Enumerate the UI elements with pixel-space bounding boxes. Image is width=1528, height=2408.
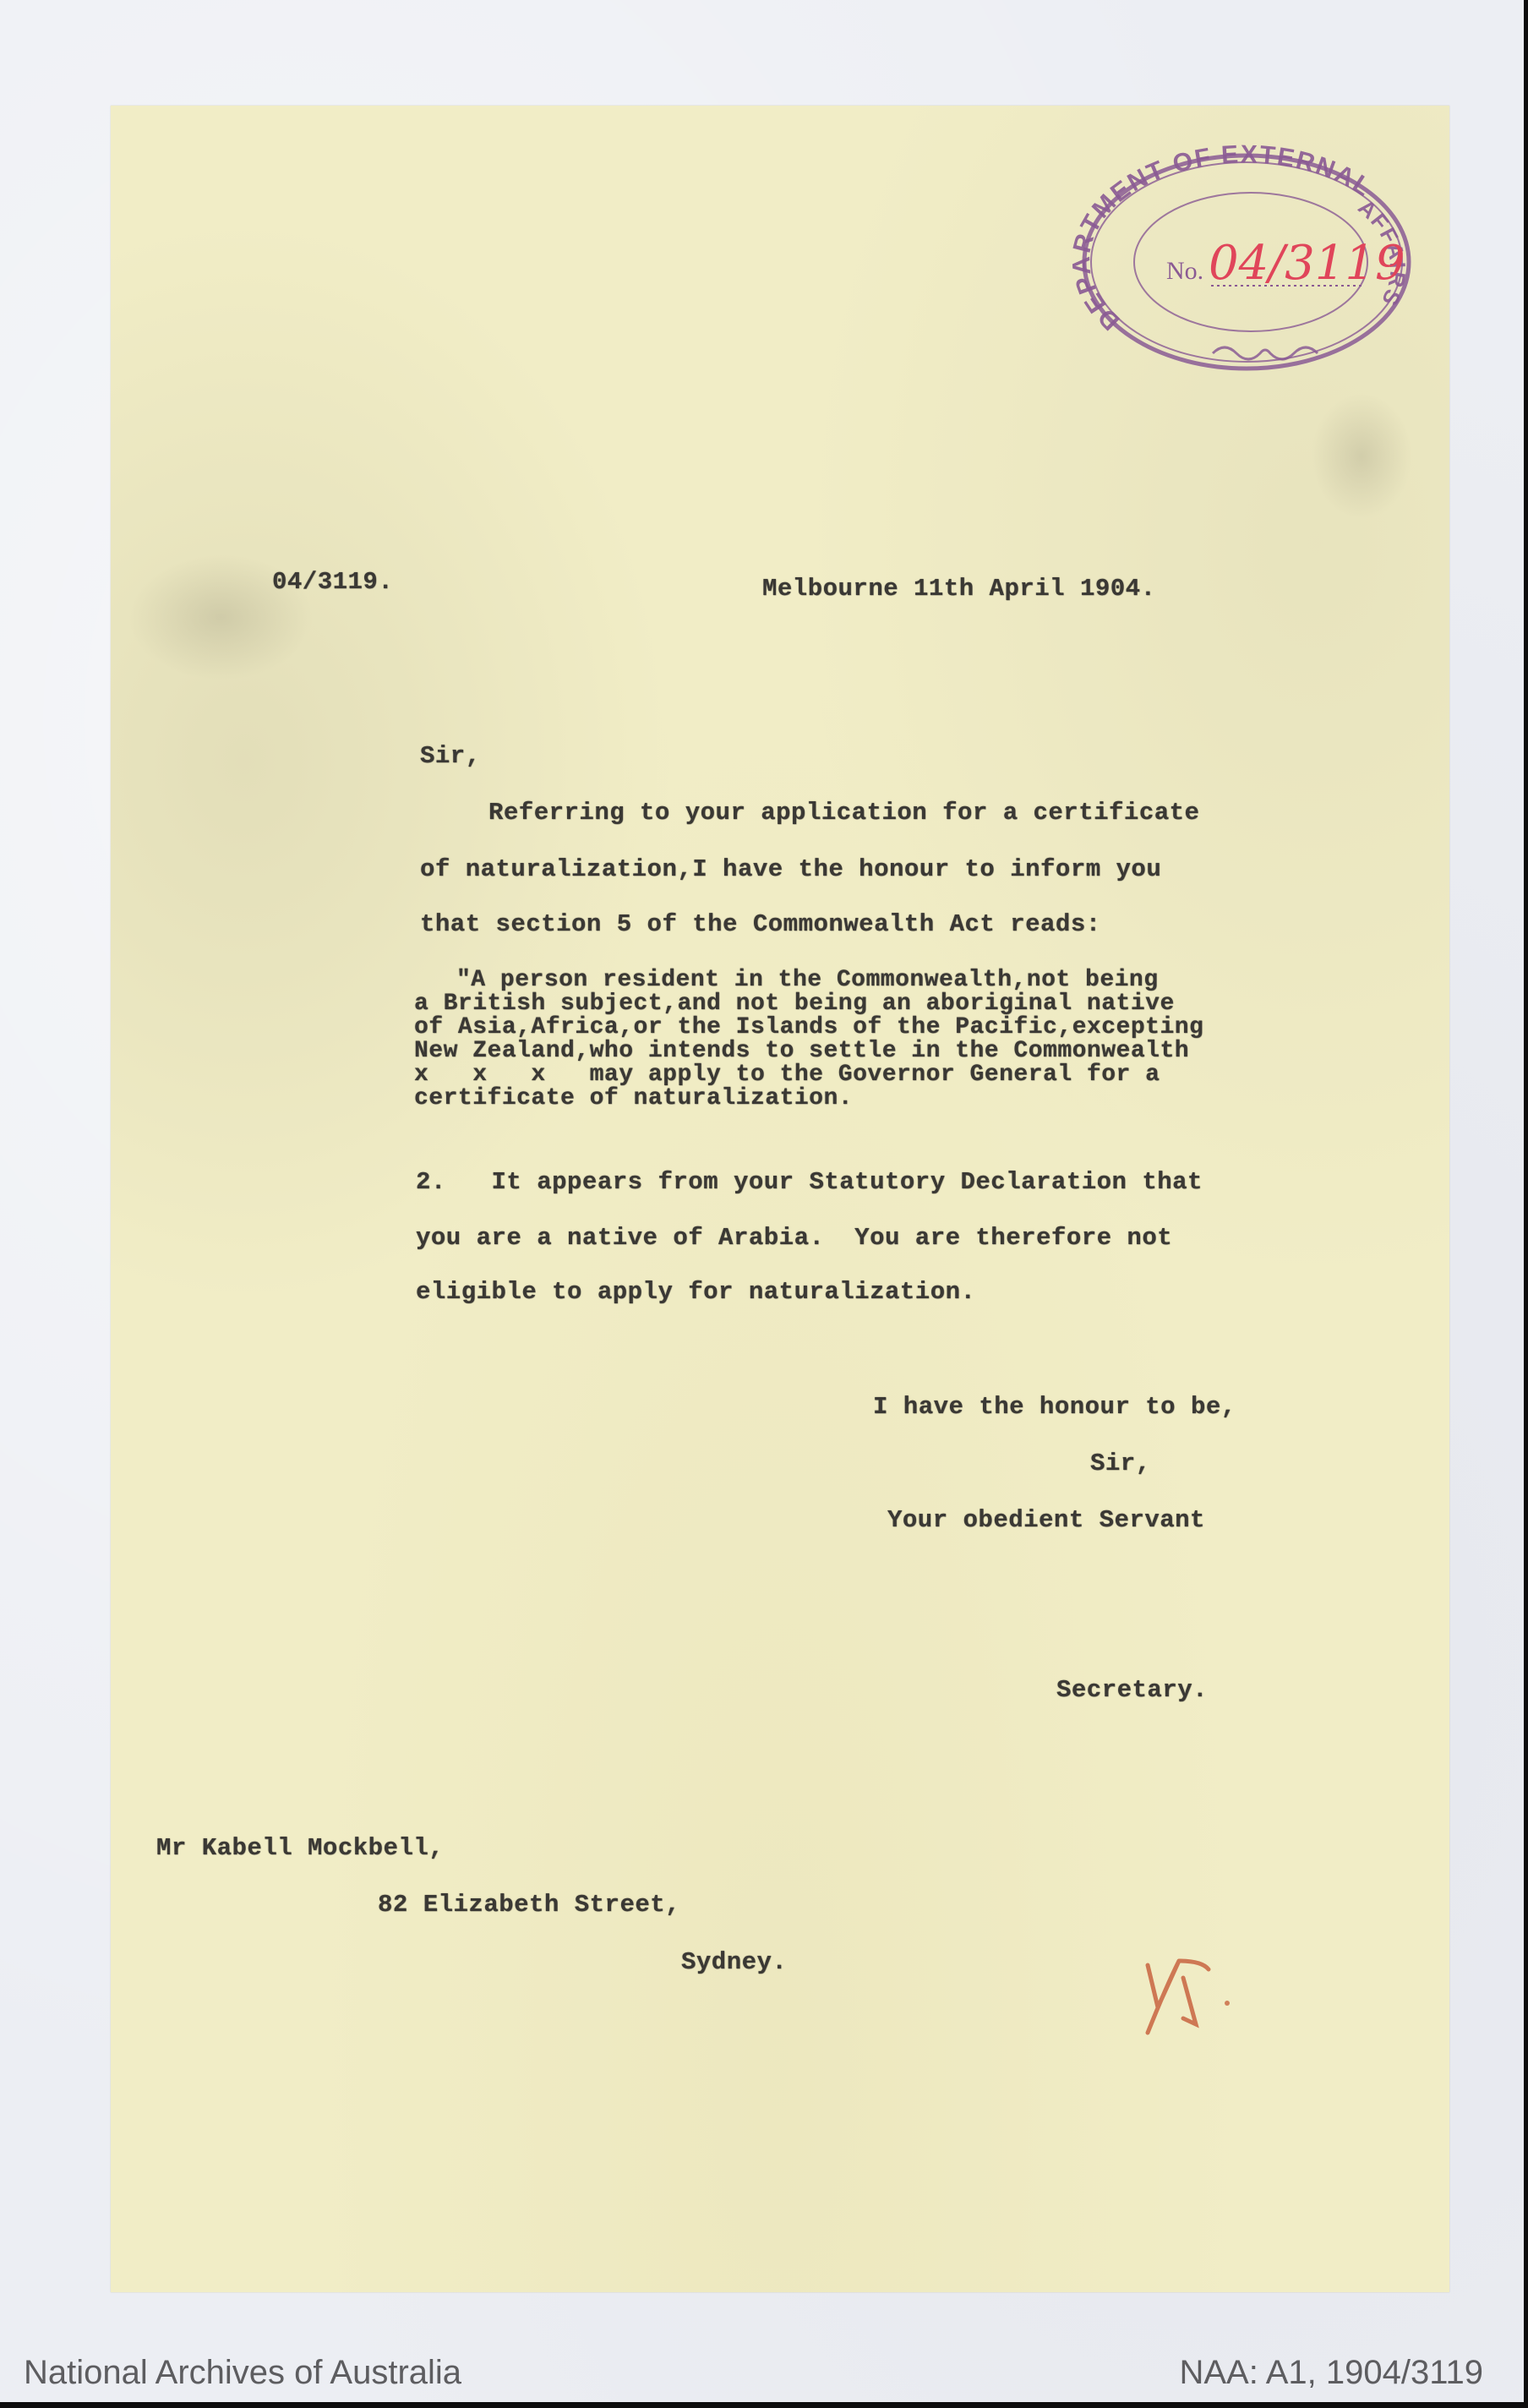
oval-stamp-icon: DEPARTMENT OF EXTERNAL AFFAIRS No. 04/31… <box>1078 150 1416 374</box>
place-and-date: Melbourne 11th April 1904. <box>762 575 1155 603</box>
salutation: Sir, <box>420 742 481 770</box>
paper-stain <box>1311 393 1412 520</box>
paragraph-2-line-2: you are a native of Arabia. You are ther… <box>416 1224 1172 1252</box>
addressee-city: Sydney. <box>681 1948 787 1976</box>
signature-title: Secretary. <box>1056 1676 1208 1704</box>
addressee-street: 82 Elizabeth Street, <box>378 1891 680 1919</box>
paragraph-1-line-1: Referring to your application for a cert… <box>488 799 1199 827</box>
flourish-icon <box>1213 347 1318 359</box>
closing-line-1: I have the honour to be, <box>873 1393 1236 1421</box>
paragraph-2-line-3: eligible to apply for naturalization. <box>416 1278 975 1306</box>
quote-line-3: of Asia,Africa,or the Islands of the Pac… <box>414 1016 1203 1039</box>
paragraph-1-line-2: of naturalization,I have the honour to i… <box>420 855 1161 883</box>
file-reference: 04/3119. <box>272 568 393 596</box>
quote-line-2: a British subject,and not being an abori… <box>414 992 1175 1015</box>
pencil-mark-icon <box>1132 1952 1251 2037</box>
handwritten-annotation <box>1132 1952 1251 2037</box>
archive-name: National Archives of Australia <box>24 2356 461 2389</box>
closing-line-3: Your obedient Servant <box>887 1506 1205 1534</box>
addressee-name: Mr Kabell Mockbell, <box>156 1834 444 1862</box>
paragraph-2-line-1: 2. It appears from your Statutory Declar… <box>416 1168 1203 1196</box>
stamp-number-label: No. <box>1166 257 1203 285</box>
archive-mount: DEPARTMENT OF EXTERNAL AFFAIRS No. 04/31… <box>0 0 1524 2402</box>
paragraph-1-line-3: that section 5 of the Commonwealth Act r… <box>420 910 1101 938</box>
archive-reference: NAA: A1, 1904/3119 <box>1179 2356 1483 2389</box>
quote-line-1: "A person resident in the Commonwealth,n… <box>456 969 1159 991</box>
quote-line-5: x x x may apply to the Governor General … <box>414 1063 1160 1086</box>
closing-line-2: Sir, <box>1090 1450 1151 1477</box>
quote-line-4: New Zealand,who intends to settle in the… <box>414 1040 1189 1062</box>
department-stamp: DEPARTMENT OF EXTERNAL AFFAIRS No. 04/31… <box>1078 150 1416 374</box>
stamp-handwritten-number: 04/3119 <box>1209 236 1405 291</box>
quote-line-6: certificate of naturalization. <box>414 1087 853 1110</box>
